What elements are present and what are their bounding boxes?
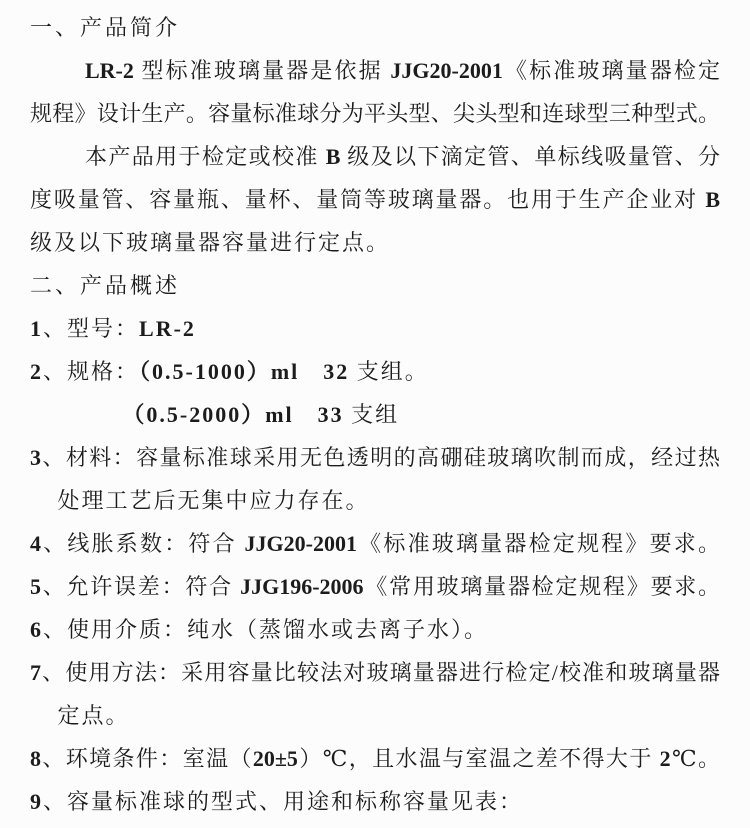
item-3-material-line-1: 3、材料：容量标准球采用无色透明的高硼硅玻璃吹制而成，经过热 <box>30 436 720 479</box>
text-segment: 2 <box>30 359 43 384</box>
text-segment: 3 <box>30 445 41 470</box>
item-3-material-line-2: 处理工艺后无集中应力存在。 <box>30 479 720 522</box>
section-1-heading: 一、产品简介 <box>30 6 720 49</box>
text-segment: 、容量标准球的型式、用途和标称容量见表： <box>43 789 523 814</box>
text-segment: 处理工艺后无集中应力存在。 <box>58 488 370 513</box>
usage-para-line-3: 级及以下玻璃量器容量进行定点。 <box>30 221 720 264</box>
text-segment: 《标准玻璃量器检定 <box>503 58 720 83</box>
item-5-tolerance: 5、允许误差：符合 JJG196-2006《常用玻璃量器检定规程》要求。 <box>30 565 720 608</box>
text-segment: JJG20-2001 <box>390 58 502 83</box>
text-segment: 、线胀系数：符合 <box>41 531 245 556</box>
document-page: 一、产品简介LR-2 型标准玻璃量器是依据 JJG20-2001《标准玻璃量器检… <box>0 0 750 828</box>
text-segment: LR-2 <box>139 316 196 341</box>
text-segment: 、环境条件：室温（ <box>41 746 253 771</box>
text-segment: 、规格： <box>43 359 139 384</box>
text-segment: 级及以下玻璃量器容量进行定点。 <box>30 230 390 255</box>
text-segment: 规程》设计生产。容量标准球分为平头型、尖头型和连球型三种型式。 <box>30 101 720 126</box>
text-segment: ℃。 <box>671 746 720 771</box>
section-2-heading: 二、产品概述 <box>30 264 720 307</box>
text-segment: ）℃，且水温与室温之差不得大于 <box>298 746 660 771</box>
item-7-method-line-2: 定点。 <box>30 694 720 737</box>
text-segment: 支组 <box>344 402 400 427</box>
text-segment: 6 <box>30 617 43 642</box>
text-segment: 、使用介质：纯水（蒸馏水或去离子水）。 <box>43 617 488 642</box>
usage-para-line-2: 度吸量管、容量瓶、量杯、量筒等玻璃量器。也用于生产企业对 B <box>30 178 720 221</box>
text-segment: 2 <box>660 746 671 771</box>
intro-para-line-2: 规程》设计生产。容量标准球分为平头型、尖头型和连球型三种型式。 <box>30 92 720 135</box>
text-segment: B <box>705 187 720 212</box>
text-segment: 、材料：容量标准球采用无色透明的高硼硅玻璃吹制而成，经过热 <box>41 445 720 470</box>
text-segment: （0.5-1000）ml 32 <box>139 359 349 384</box>
text-segment: 型标准玻璃量器是依据 <box>134 58 391 83</box>
text-segment: 度吸量管、容量瓶、量杯、量筒等玻璃量器。也用于生产企业对 <box>30 187 705 212</box>
text-segment: 8 <box>30 746 41 771</box>
text-segment: 级及以下滴定管、单标线吸量管、分 <box>340 144 720 169</box>
item-2-spec-line-1: 2、规格：（0.5-1000）ml 32 支组。 <box>30 350 720 393</box>
text-segment: （0.5-2000）ml 33 <box>122 402 343 427</box>
intro-para-line-1: LR-2 型标准玻璃量器是依据 JJG20-2001《标准玻璃量器检定 <box>30 49 720 92</box>
text-segment: 支组。 <box>349 359 429 384</box>
text-segment: 4 <box>30 531 41 556</box>
text-segment: 、允许误差：符合 <box>41 574 240 599</box>
text-segment: 20±5 <box>253 746 298 771</box>
text-segment: 二、产品概述 <box>30 273 180 298</box>
item-9-table-note: 9、容量标准球的型式、用途和标称容量见表： <box>30 780 720 823</box>
text-segment: 5 <box>30 574 41 599</box>
text-segment: 一、产品简介 <box>30 15 180 40</box>
text-segment: 、使用方法：采用容量比较法对玻璃量器进行检定/校准和玻璃量器 <box>41 660 720 685</box>
text-segment: 7 <box>30 660 41 685</box>
item-2-spec-line-2: （0.5-2000）ml 33 支组 <box>30 393 720 436</box>
item-7-method-line-1: 7、使用方法：采用容量比较法对玻璃量器进行检定/校准和玻璃量器 <box>30 651 720 694</box>
text-segment: LR-2 <box>85 58 134 83</box>
item-8-environment: 8、环境条件：室温（20±5）℃，且水温与室温之差不得大于 2℃。 <box>30 737 720 780</box>
text-segment: 《标准玻璃量器检定规程》要求。 <box>357 531 720 556</box>
text-segment: 9 <box>30 789 43 814</box>
text-segment: 、型号： <box>43 316 139 341</box>
text-segment: JJG20-2001 <box>245 531 357 556</box>
text-segment: 本产品用于检定或校准 <box>85 144 326 169</box>
text-segment: 《常用玻璃量器检定规程》要求。 <box>364 574 720 599</box>
document-content: 一、产品简介LR-2 型标准玻璃量器是依据 JJG20-2001《标准玻璃量器检… <box>30 6 720 823</box>
text-segment: 1 <box>30 316 43 341</box>
text-segment: JJG196-2006 <box>240 574 363 599</box>
usage-para-line-1: 本产品用于检定或校准 B 级及以下滴定管、单标线吸量管、分 <box>30 135 720 178</box>
item-4-expansion: 4、线胀系数：符合 JJG20-2001《标准玻璃量器检定规程》要求。 <box>30 522 720 565</box>
text-segment: 定点。 <box>58 703 130 728</box>
text-segment: B <box>326 144 341 169</box>
item-1-model: 1、型号：LR-2 <box>30 307 720 350</box>
item-6-medium: 6、使用介质：纯水（蒸馏水或去离子水）。 <box>30 608 720 651</box>
